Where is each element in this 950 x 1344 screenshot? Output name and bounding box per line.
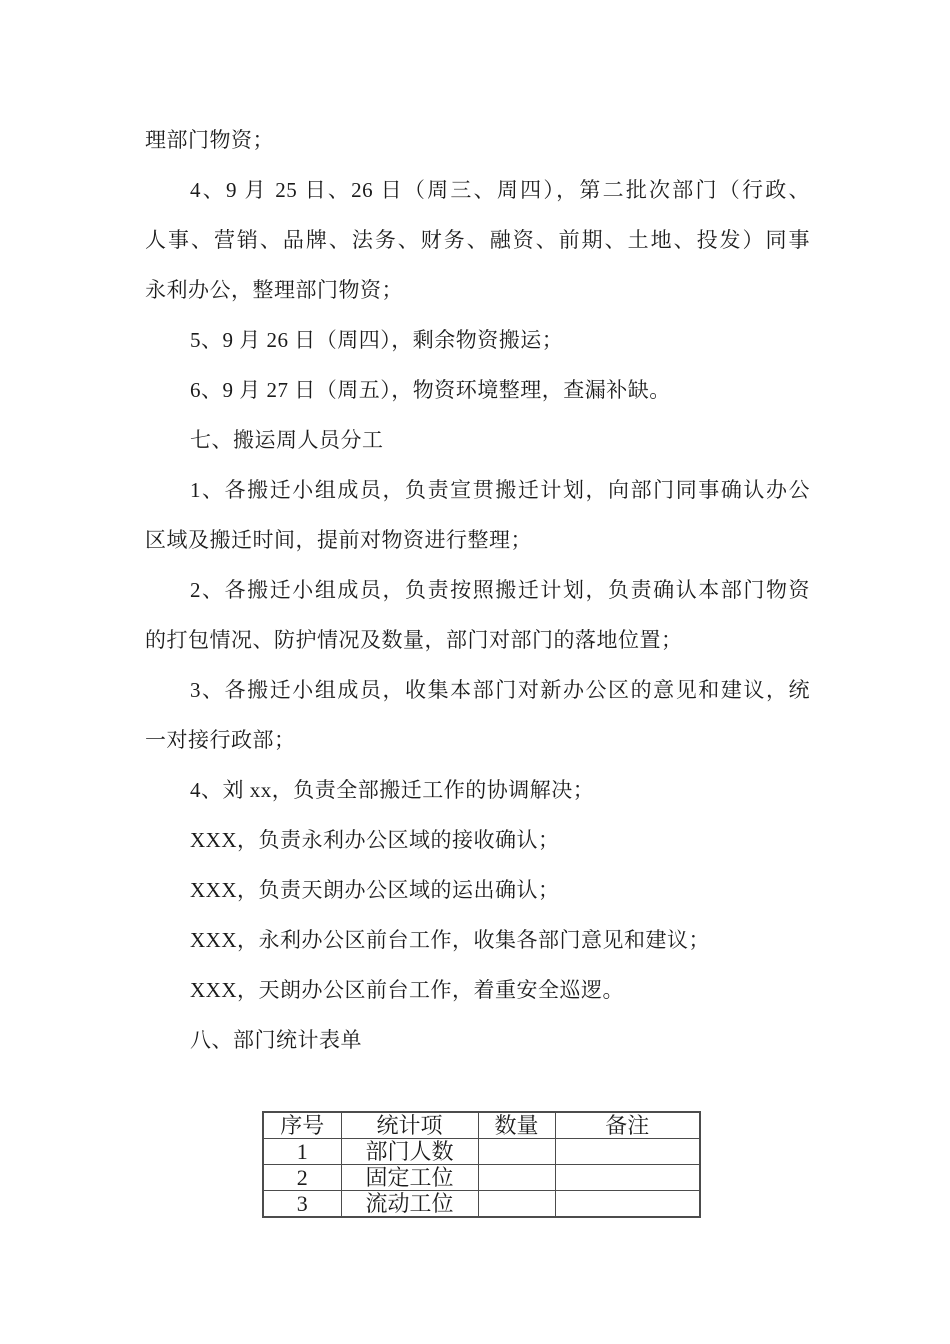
text-line: 6、9 月 27 日（周五），物资环境整理，查漏补缺。 bbox=[145, 365, 810, 415]
text-line: 4、刘 xx，负责全部搬迁工作的协调解决； bbox=[145, 765, 810, 815]
table-cell bbox=[478, 1139, 555, 1165]
table-cell: 1 bbox=[263, 1139, 341, 1165]
statistics-table: 序号 统计项 数量 备注 1 部门人数 2 固定工位 3 流动工位 bbox=[262, 1111, 701, 1218]
table-cell bbox=[555, 1191, 700, 1218]
text-line: 一对接行政部； bbox=[145, 715, 810, 765]
table-header-cell: 序号 bbox=[263, 1112, 341, 1139]
table-header-cell: 备注 bbox=[555, 1112, 700, 1139]
document-text: 理部门物资； 4、9 月 25 日、26 日（周三、周四），第二批次部门（行政、… bbox=[145, 115, 810, 1065]
section-heading-8: 八、部门统计表单 bbox=[145, 1015, 810, 1065]
text-line: XXX，负责永利办公区域的接收确认； bbox=[145, 815, 810, 865]
text-line: 1、各搬迁小组成员，负责宣贯搬迁计划，向部门同事确认办公 bbox=[145, 465, 810, 515]
text-line: 3、各搬迁小组成员，收集本部门对新办公区的意见和建议，统 bbox=[145, 665, 810, 715]
text-line: 5、9 月 26 日（周四），剩余物资搬运； bbox=[145, 315, 810, 365]
table-cell: 流动工位 bbox=[341, 1191, 478, 1218]
table-cell bbox=[555, 1165, 700, 1191]
table-header-cell: 统计项 bbox=[341, 1112, 478, 1139]
table-cell: 部门人数 bbox=[341, 1139, 478, 1165]
text-line: 永利办公，整理部门物资； bbox=[145, 265, 810, 315]
document-page: 理部门物资； 4、9 月 25 日、26 日（周三、周四），第二批次部门（行政、… bbox=[0, 0, 950, 1344]
text-line: 的打包情况、防护情况及数量，部门对部门的落地位置； bbox=[145, 615, 810, 665]
text-line: XXX，天朗办公区前台工作，着重安全巡逻。 bbox=[145, 965, 810, 1015]
table-row: 2 固定工位 bbox=[263, 1165, 700, 1191]
text-line: 4、9 月 25 日、26 日（周三、周四），第二批次部门（行政、 bbox=[145, 165, 810, 215]
table-cell: 3 bbox=[263, 1191, 341, 1218]
table-cell: 2 bbox=[263, 1165, 341, 1191]
text-line: XXX，永利办公区前台工作，收集各部门意见和建议； bbox=[145, 915, 810, 965]
table-row: 3 流动工位 bbox=[263, 1191, 700, 1218]
table-header-row: 序号 统计项 数量 备注 bbox=[263, 1112, 700, 1139]
table-row: 1 部门人数 bbox=[263, 1139, 700, 1165]
text-line: 人事、营销、品牌、法务、财务、融资、前期、土地、投发）同事 bbox=[145, 215, 810, 265]
table-cell bbox=[555, 1139, 700, 1165]
text-line: 理部门物资； bbox=[145, 115, 810, 165]
table-cell bbox=[478, 1165, 555, 1191]
table-cell: 固定工位 bbox=[341, 1165, 478, 1191]
table-cell bbox=[478, 1191, 555, 1218]
text-line: XXX，负责天朗办公区域的运出确认； bbox=[145, 865, 810, 915]
text-line: 区域及搬迁时间，提前对物资进行整理； bbox=[145, 515, 810, 565]
table-header-cell: 数量 bbox=[478, 1112, 555, 1139]
section-heading-7: 七、搬运周人员分工 bbox=[145, 415, 810, 465]
text-line: 2、各搬迁小组成员，负责按照搬迁计划，负责确认本部门物资 bbox=[145, 565, 810, 615]
